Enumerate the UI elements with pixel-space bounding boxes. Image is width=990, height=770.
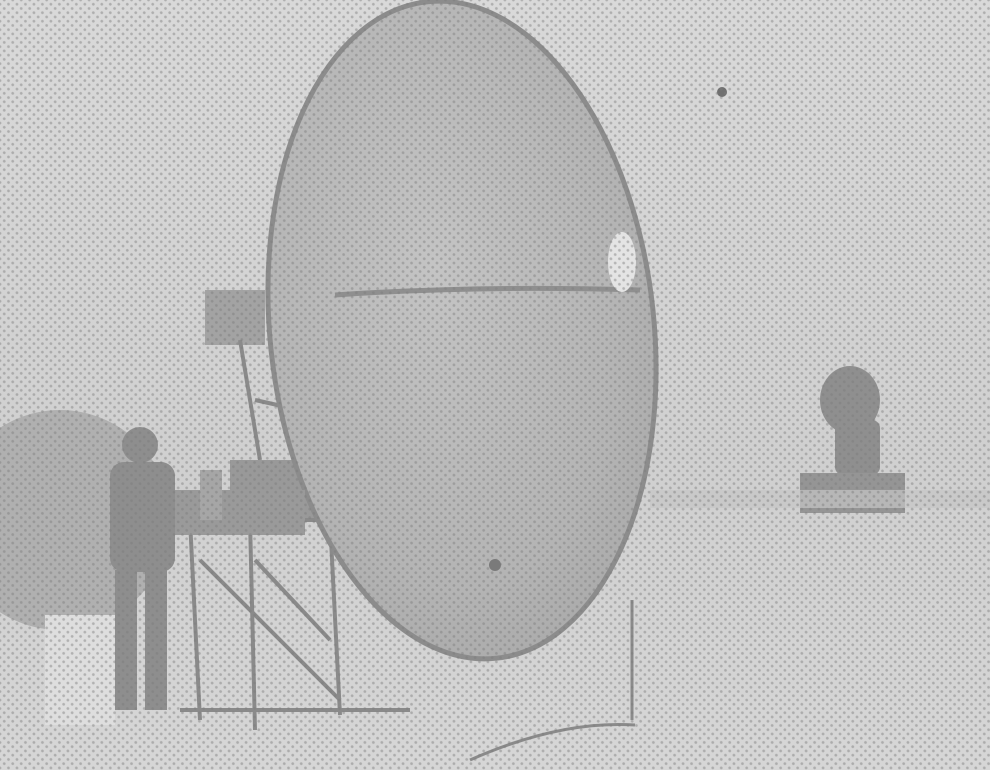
speck	[489, 559, 501, 571]
photo-scene	[0, 0, 990, 770]
speck	[717, 87, 727, 97]
left-light-patch	[45, 615, 115, 725]
horizon-band	[650, 490, 990, 508]
